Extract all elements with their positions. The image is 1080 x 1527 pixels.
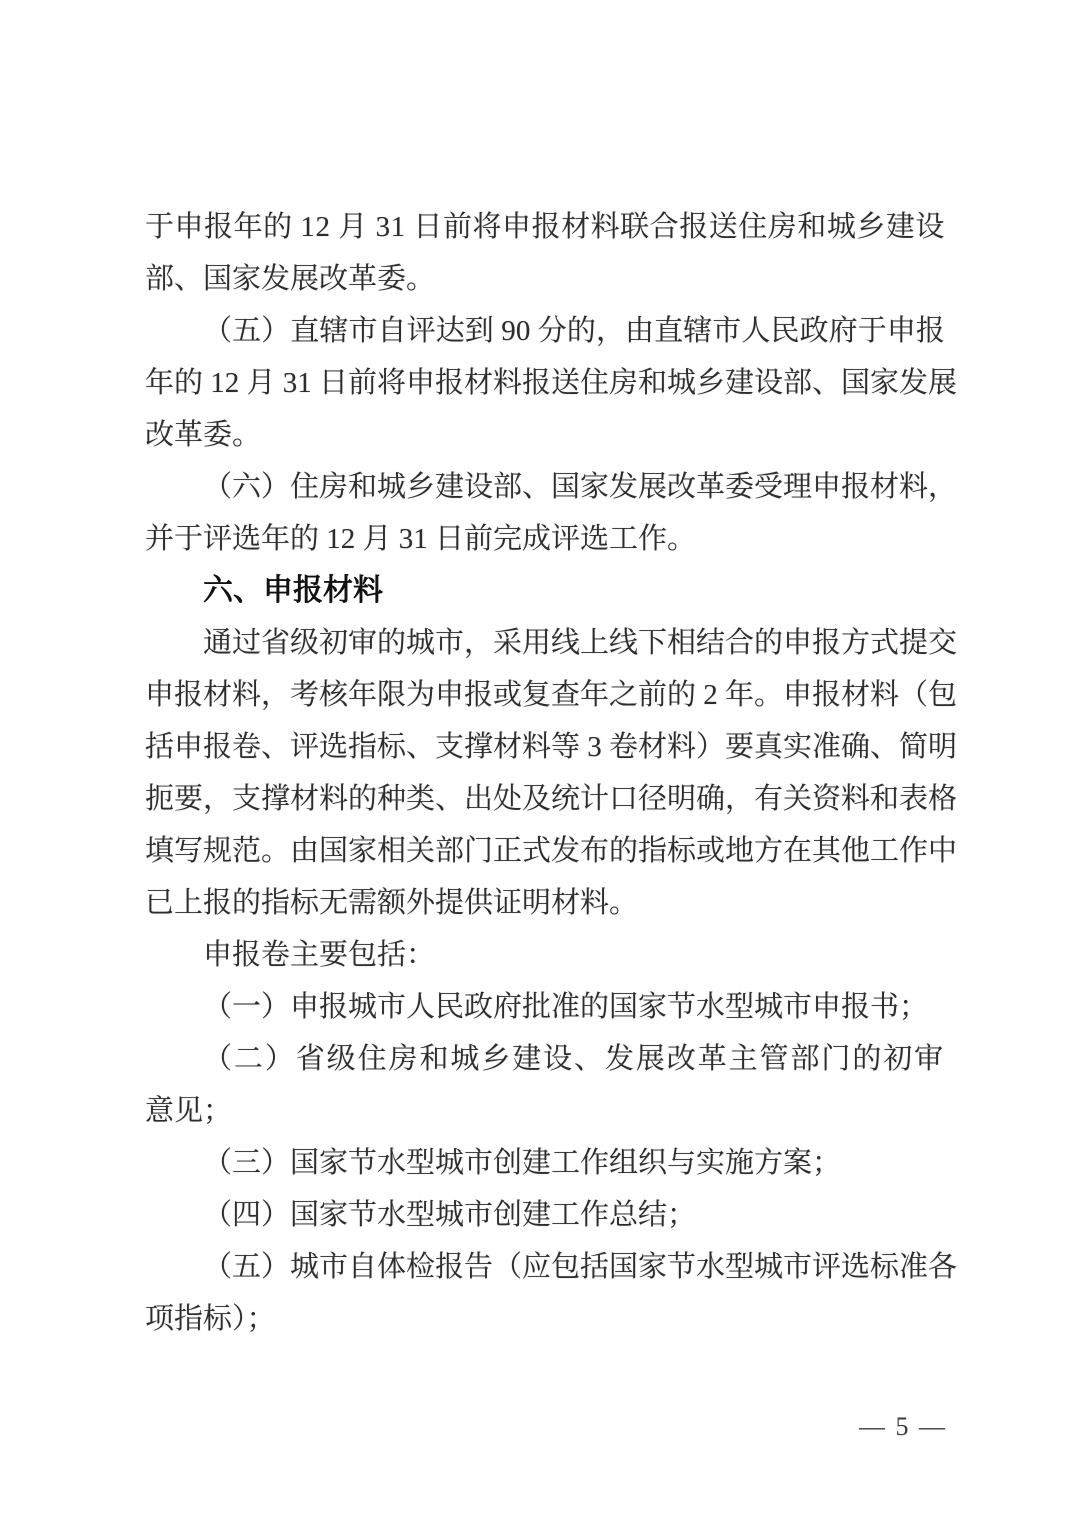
text-line: 部、国家发展改革委。 (145, 253, 945, 305)
text-line-content: （四）国家节水型城市创建工作总结； (203, 1199, 696, 1231)
text-line: 年的 12 月 31 日前将申报材料报送住房和城乡建设部、国家发展 (145, 357, 945, 409)
text-line-content: 扼要，支撑材料的种类、出处及统计口径明确，有关资料和表格 (145, 783, 957, 815)
text-line-content: 六、申报材料 (203, 574, 383, 607)
text-line-content: 填写规范。由国家相关部门正式发布的指标或地方在其他工作中 (145, 835, 957, 867)
page-number: — 5 — (859, 1410, 947, 1444)
text-line-content: （五）直辖市自评达到 90 分的，由直辖市人民政府于申报 (203, 315, 945, 347)
text-line-content: 申报卷主要包括： (203, 939, 435, 971)
text-line: （四）国家节水型城市创建工作总结； (145, 1189, 945, 1241)
text-line-content: 已上报的指标无需额外提供证明材料。 (145, 887, 638, 919)
text-line-content: （六）住房和城乡建设部、国家发展改革委受理申报材料， (203, 471, 957, 503)
text-line: 项指标）； (145, 1293, 945, 1345)
text-line-content: 年的 12 月 31 日前将申报材料报送住房和城乡建设部、国家发展 (145, 367, 957, 399)
text-line: （二）省级住房和城乡建设、发展改革主管部门的初审 (145, 1033, 945, 1085)
text-line: 通过省级初审的城市，采用线上线下相结合的申报方式提交 (145, 617, 945, 669)
text-line: 改革委。 (145, 409, 945, 461)
document-body: 于申报年的 12 月 31 日前将申报材料联合报送住房和城乡建设部、国家发展改革… (145, 201, 945, 1345)
text-line-content: （三）国家节水型城市创建工作组织与实施方案； (203, 1147, 841, 1179)
text-line: （五）直辖市自评达到 90 分的，由直辖市人民政府于申报 (145, 305, 945, 357)
text-line: 括申报卷、评选指标、支撑材料等 3 卷材料）要真实准确、简明 (145, 721, 945, 773)
document-page: 于申报年的 12 月 31 日前将申报材料联合报送住房和城乡建设部、国家发展改革… (0, 0, 1080, 1527)
text-line-content: 部、国家发展改革委。 (145, 263, 435, 295)
text-line: 填写规范。由国家相关部门正式发布的指标或地方在其他工作中 (145, 825, 945, 877)
text-line-content: 括申报卷、评选指标、支撑材料等 3 卷材料）要真实准确、简明 (145, 731, 957, 763)
text-line-content: 通过省级初审的城市，采用线上线下相结合的申报方式提交 (203, 627, 957, 659)
text-line: 意见； (145, 1085, 945, 1137)
text-line-content: 意见； (145, 1095, 232, 1127)
text-line: 申报卷主要包括： (145, 929, 945, 981)
text-line-content: 于申报年的 12 月 31 日前将申报材料联合报送住房和城乡建设 (145, 211, 945, 243)
text-line: 并于评选年的 12 月 31 日前完成评选工作。 (145, 513, 945, 565)
text-line-content: 申报材料，考核年限为申报或复查年之前的 2 年。申报材料（包 (145, 679, 957, 711)
text-line: 于申报年的 12 月 31 日前将申报材料联合报送住房和城乡建设 (145, 201, 945, 253)
text-line: （五）城市自体检报告（应包括国家节水型城市评选标准各 (145, 1241, 945, 1293)
text-line: （六）住房和城乡建设部、国家发展改革委受理申报材料， (145, 461, 945, 513)
text-line-content: （五）城市自体检报告（应包括国家节水型城市评选标准各 (203, 1251, 957, 1283)
text-line-content: （二）省级住房和城乡建设、发展改革主管部门的初审 (203, 1043, 945, 1075)
text-line: 扼要，支撑材料的种类、出处及统计口径明确，有关资料和表格 (145, 773, 945, 825)
text-line: （三）国家节水型城市创建工作组织与实施方案； (145, 1137, 945, 1189)
text-line-content: （一）申报城市人民政府批准的国家节水型城市申报书； (203, 991, 928, 1023)
text-line-content: 改革委。 (145, 419, 261, 451)
text-line: （一）申报城市人民政府批准的国家节水型城市申报书； (145, 981, 945, 1033)
text-line: 已上报的指标无需额外提供证明材料。 (145, 877, 945, 929)
text-line: 申报材料，考核年限为申报或复查年之前的 2 年。申报材料（包 (145, 669, 945, 721)
section-heading: 六、申报材料 (145, 565, 945, 617)
text-line-content: 项指标）； (145, 1303, 276, 1335)
text-line-content: 并于评选年的 12 月 31 日前完成评选工作。 (145, 523, 696, 555)
